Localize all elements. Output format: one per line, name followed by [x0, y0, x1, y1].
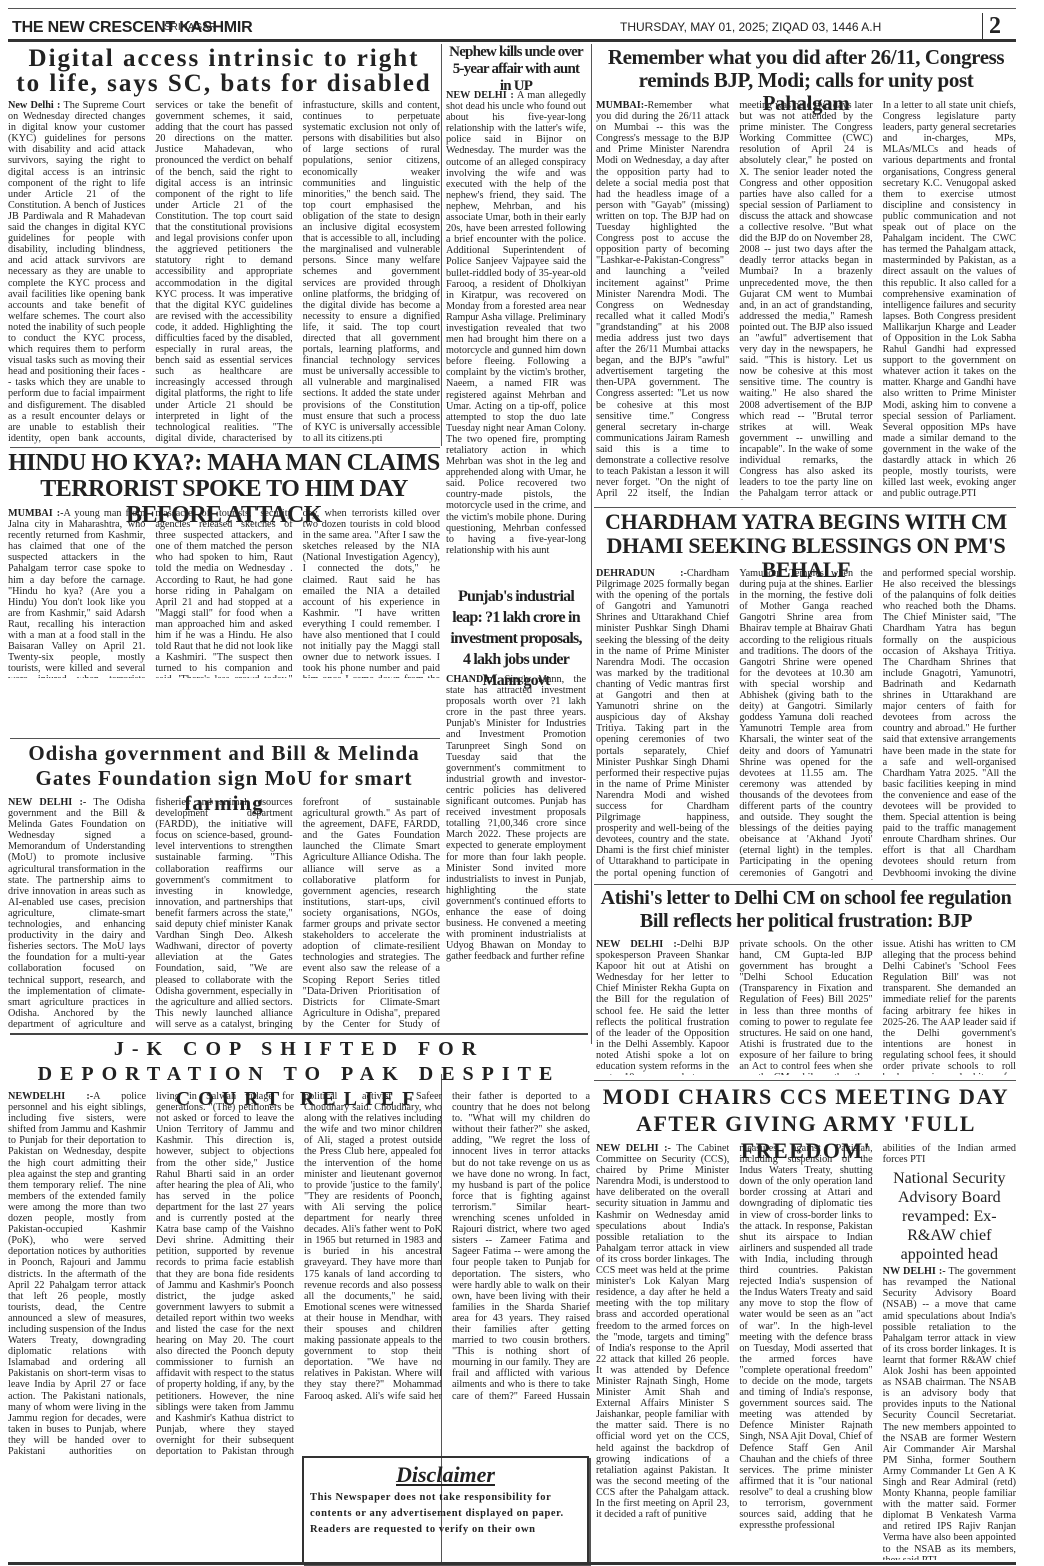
headline: MODI CHAIRS CCS MEETING DAY AFTER GIVING… — [596, 1083, 1016, 1141]
article-column: services or take the benefit of governme… — [155, 100, 292, 444]
article-chardham-yatra: CHARDHAM YATRA BEGINS WITH CM DHAMI SEEK… — [596, 510, 1016, 882]
edition-city: SRINAGAR — [164, 22, 216, 33]
column-divider — [441, 44, 442, 446]
article-column: measures against Pakistan, including sus… — [739, 1143, 872, 1560]
article-column: political activist Safeer Choudhary said… — [304, 1091, 442, 1401]
article-column: MUMBAI:-Remember what you did during the… — [596, 100, 729, 500]
section-divider — [594, 884, 1016, 885]
article-column: forefront of sustainable agricultural gr… — [303, 797, 440, 1029]
headline: Digital access intrinsic to right to lif… — [8, 44, 440, 96]
article-hindu-ho-kya: HINDU HO KYA?: MAHA MAN CLAIMS TERRORIST… — [8, 450, 440, 680]
article-digital-access: Digital access intrinsic to right to lif… — [8, 44, 440, 444]
disclaimer-box: Disclaimer This Newspaper does not take … — [302, 1456, 589, 1564]
section-divider — [10, 1033, 588, 1035]
headline: National Security Advisory Board revampe… — [883, 1169, 1016, 1264]
article-column: In a letter to all state unit chiefs, Co… — [883, 100, 1016, 500]
headline: Atishi's letter to Delhi CM on school fe… — [596, 887, 1016, 937]
page-bottom-rule — [8, 1562, 1016, 1565]
section-divider — [10, 447, 440, 448]
article-column: New Delhi : The Supreme Court on Wednesd… — [8, 100, 145, 444]
masthead: THE NEW CRESCENT KASHMIR SRINAGAR THURSD… — [8, 8, 1016, 42]
article-column: private schools. On the other hand, CM G… — [739, 939, 872, 1075]
headline: HINDU HO KYA?: MAHA MAN CLAIMS TERRORIST… — [8, 450, 440, 506]
article-column: infrastucture, skills and content, conti… — [303, 100, 440, 444]
article-nephew-kills-uncle: Nephew kills uncle over 5-year affair wi… — [446, 44, 586, 584]
newspaper-name: THE NEW CRESCENT KASHMIR — [12, 19, 253, 37]
article-body: CHANDInt Singh Mann, the state has attra… — [446, 674, 586, 1026]
section-divider — [594, 1080, 1016, 1081]
column-divider — [591, 44, 592, 504]
disclaimer-text: This Newspaper does not take responsibil… — [310, 1490, 581, 1538]
disclaimer-title: Disclaimer — [310, 1462, 581, 1488]
article-modi-ccs-meeting: MODI CHAIRS CCS MEETING DAY AFTER GIVING… — [596, 1083, 1016, 1560]
article-column: and performed special worship. He also r… — [883, 568, 1016, 880]
article-column: Yamunotri Temples when the during puja a… — [739, 568, 872, 880]
headline: Punjab's industrial leap: ?1 lakh crore … — [446, 586, 586, 672]
headline: CHARDHAM YATRA BEGINS WITH CM DHAMI SEEK… — [596, 510, 1016, 566]
section-divider — [10, 738, 440, 739]
article-column: fisheries and animal resources developme… — [155, 797, 292, 1029]
article-column: meeting was held two days later but was … — [739, 100, 872, 500]
article-column: NEW DELHI :-Delhi BJP spokesperson Prave… — [596, 939, 729, 1075]
headline: J-K COP SHIFTED FOR DEPORTATION TO PAK D… — [8, 1037, 590, 1089]
article-column: day, when terrorists killed over two doz… — [303, 508, 440, 678]
article-column: living in Salwah village for generations… — [156, 1091, 294, 1457]
dateline: New Delhi : — [8, 100, 60, 111]
article-column: NEW DELHI :- The Odisha government and t… — [8, 797, 145, 1029]
article-body: NEW DELHI : A man allegedly shot dead hi… — [446, 90, 586, 584]
article-column: NEW DELHI :- The Cabinet Committee on Se… — [596, 1143, 729, 1560]
column-divider — [591, 504, 592, 1044]
article-nsab-revamped: National Security Advisory Board revampe… — [883, 1169, 1016, 1560]
article-column: issue. Atishi has written to CM alleging… — [883, 939, 1016, 1075]
article-congress-reminds-bjp: Remember what you did after 26/11, Congr… — [596, 44, 1016, 502]
issue-date: THURSDAY, MAY 01, 2025; ZIQAD 03, 1446 A… — [620, 20, 881, 34]
headline: Odisha government and Bill & Melinda Gat… — [8, 741, 440, 795]
article-column: MUMBAI :-A young man from Jalna city in … — [8, 508, 145, 678]
article-column: abilities of the Indian armed forces PTI… — [883, 1143, 1016, 1560]
article-column: DEHRADUN :-Chardham Pilgrimage 2025 form… — [596, 568, 729, 880]
article-odisha-gates-mou: Odisha government and Bill & Melinda Gat… — [8, 741, 440, 1031]
headline: Remember what you did after 26/11, Congr… — [596, 44, 1016, 96]
article-column: their father is deported to a country th… — [452, 1091, 590, 1401]
section-divider — [594, 507, 1016, 508]
article-column: NEWDELHI :-A police personnel and his ei… — [8, 1091, 146, 1457]
article-punjab-industrial-leap: Punjab's industrial leap: ?1 lakh crore … — [446, 586, 586, 1026]
article-atishi-letter: Atishi's letter to Delhi CM on school fe… — [596, 887, 1016, 1077]
article-column: massacre of tourists, security agencies … — [155, 508, 292, 678]
page-number: 2 — [982, 13, 1001, 39]
headline: Nephew kills uncle over 5-year affair wi… — [446, 44, 586, 88]
article-jk-cop-deportation: J-K COP SHIFTED FOR DEPORTATION TO PAK D… — [8, 1037, 590, 1457]
